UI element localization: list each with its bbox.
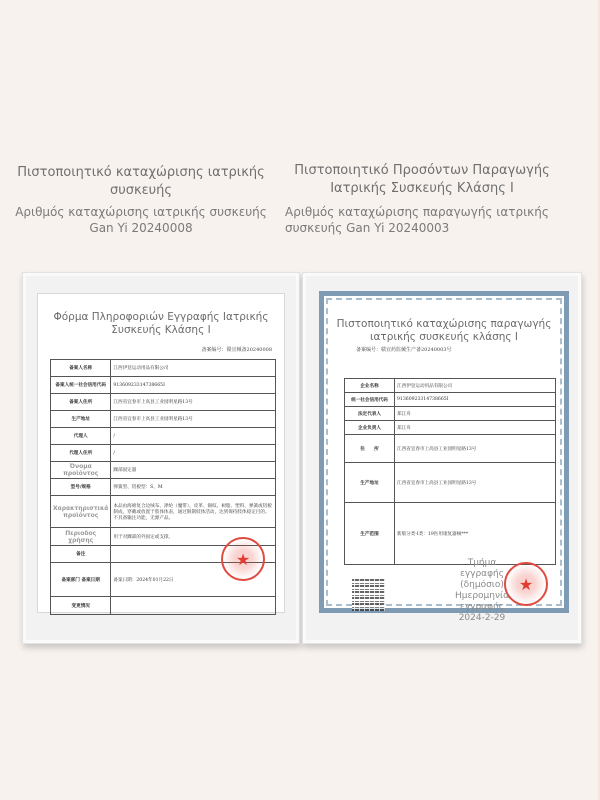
table-row: 备案人住所江西省宜春市上高县工业园明星路13号 [51,394,276,411]
red-official-seal-icon: ★ [221,537,265,581]
row-label: 企业负责人 [345,421,395,435]
row-value: 江西伊登运动用品有限公司 [111,360,276,377]
left-document-title: Φόρμα Πληροφοριών Εγγραφής Ιατρικής Συσκ… [38,311,284,337]
table-row: 生产地址江西省宜春市上高县工业园明星路13号 [345,463,556,503]
row-label: 生产地址 [51,411,111,428]
table-row: 代理人/ [51,428,276,445]
right-picture-frame: Πιστοποιητικό καταχώρισης παραγωγής ιατρ… [302,272,582,644]
row-value: 郑江舟 [395,407,556,421]
row-value: 江西省宜春市上高县工业园明星路13号 [111,411,276,428]
row-value [111,597,276,615]
row-label: 备案部门 备案日期 [51,563,111,597]
row-value: 新版分类-Ⅰ类：19医用康复器械*** [395,503,556,565]
row-value: 踝部固定器 [111,462,276,479]
left-certificate-caption: Πιστοποιητικό καταχώρισης ιατρικής συσκε… [10,164,272,236]
left-document-number: 备案编号：赣宜械备20240008 [38,346,284,353]
row-label: 统一社会信用代码 [345,393,395,407]
row-label: 备注 [51,546,111,563]
table-row: 法定代表人郑江舟 [345,407,556,421]
row-value: 91360923314738665I [111,377,276,394]
table-row: Όνομα προϊόντος踝部固定器 [51,462,276,479]
row-label: 代理人住所 [51,445,111,462]
right-registration-table: 企业名称江西伊登运动用品有限公司统一社会信用代码9136092331473866… [344,378,556,565]
table-row: Χαρακτηριστικά προϊόντος本品由海绵复合边绒布、涤纶（魔带… [51,496,276,528]
right-caption-title: Πιστοποιητικό Προσόντων Παραγωγής Ιατρικ… [282,162,562,198]
row-value: 本品由海绵复合边绒布、涤纶（魔带）、皮革、铜纹、树脂、塑料、弹簧或铝板制成，穿戴… [111,496,276,528]
left-caption-title: Πιστοποιητικό καταχώρισης ιατρικής συσκε… [10,164,272,200]
row-value: 江西省宜春市上高县工业园明星路13号 [395,435,556,463]
right-certificate-caption: Πιστοποιητικό Προσόντων Παραγωγής Ιατρικ… [282,162,562,236]
row-label: 型号/规格 [51,479,111,496]
right-certificate-document: Πιστοποιητικό καταχώρισης παραγωγής ιατρ… [319,291,569,613]
table-row: 备案人名称江西伊登运动用品有限公司 [51,360,276,377]
registration-date: 2024-2-29 [459,613,506,623]
row-value: 江西伊登运动用品有限公司 [395,379,556,393]
row-label: 代理人 [51,428,111,445]
table-row: 企业名称江西伊登运动用品有限公司 [345,379,556,393]
registration-overlay-text: Τμήμα εγγραφής (δημόσιο) Ημερομηνία εγγρ… [446,558,518,624]
table-row: 生产范围新版分类-Ⅰ类：19医用康复器械*** [345,503,556,565]
row-value: 弹簧型、铝板型：S、M [111,479,276,496]
row-label: Όνομα προϊόντος [51,462,111,479]
row-value: / [111,428,276,445]
row-label: 备案人统一社会信用代码 [51,377,111,394]
table-row: 住 所江西省宜春市上高县工业园明星路13号 [345,435,556,463]
row-value: / [111,445,276,462]
row-label: Χαρακτηριστικά προϊόντος [51,496,111,528]
table-row: 生产地址江西省宜春市上高县工业园明星路13号 [51,411,276,428]
right-caption-subtitle: Αριθμός καταχώρισης παραγωγής ιατρικής σ… [282,204,562,236]
row-value: 郑江舟 [395,421,556,435]
row-label: Περιοδος χρήσης [51,528,111,546]
row-label: 生产地址 [345,463,395,503]
row-label: 住 所 [345,435,395,463]
row-value: 江西省宜春市上高县工业园明星路13号 [395,463,556,503]
row-label: 企业名称 [345,379,395,393]
registration-dept-label: Τμήμα εγγραφής (δημόσιο) Ημερομηνία εγγρ… [455,558,509,612]
row-value: 91360923314738665I [395,393,556,407]
row-label: 生产范围 [345,503,395,565]
qr-code-icon [352,578,385,611]
right-document-number: 备案编号：赣宜药监械生产备20240003号 [324,346,564,353]
table-row: 型号/规格弹簧型、铝板型：S、M [51,479,276,496]
row-label: 备案人住所 [51,394,111,411]
row-label: 变更情况 [51,597,111,615]
row-label: 法定代表人 [345,407,395,421]
left-certificate-document: Φόρμα Πληροφοριών Εγγραφής Ιατρικής Συσκ… [37,293,285,613]
table-row: 代理人住所/ [51,445,276,462]
row-value: 江西省宜春市上高县工业园明星路13号 [111,394,276,411]
left-picture-frame: Φόρμα Πληροφοριών Εγγραφής Ιατρικής Συσκ… [22,272,300,644]
table-row: 备案人统一社会信用代码91360923314738665I [51,377,276,394]
row-label: 备案人名称 [51,360,111,377]
left-caption-subtitle: Αριθμός καταχώρισης ιατρικής συσκευής Ga… [10,204,272,236]
right-document-title: Πιστοποιητικό καταχώρισης παραγωγής ιατρ… [324,318,564,344]
table-row: 变更情况 [51,597,276,615]
table-row: 统一社会信用代码91360923314738665I [345,393,556,407]
table-row: 企业负责人郑江舟 [345,421,556,435]
